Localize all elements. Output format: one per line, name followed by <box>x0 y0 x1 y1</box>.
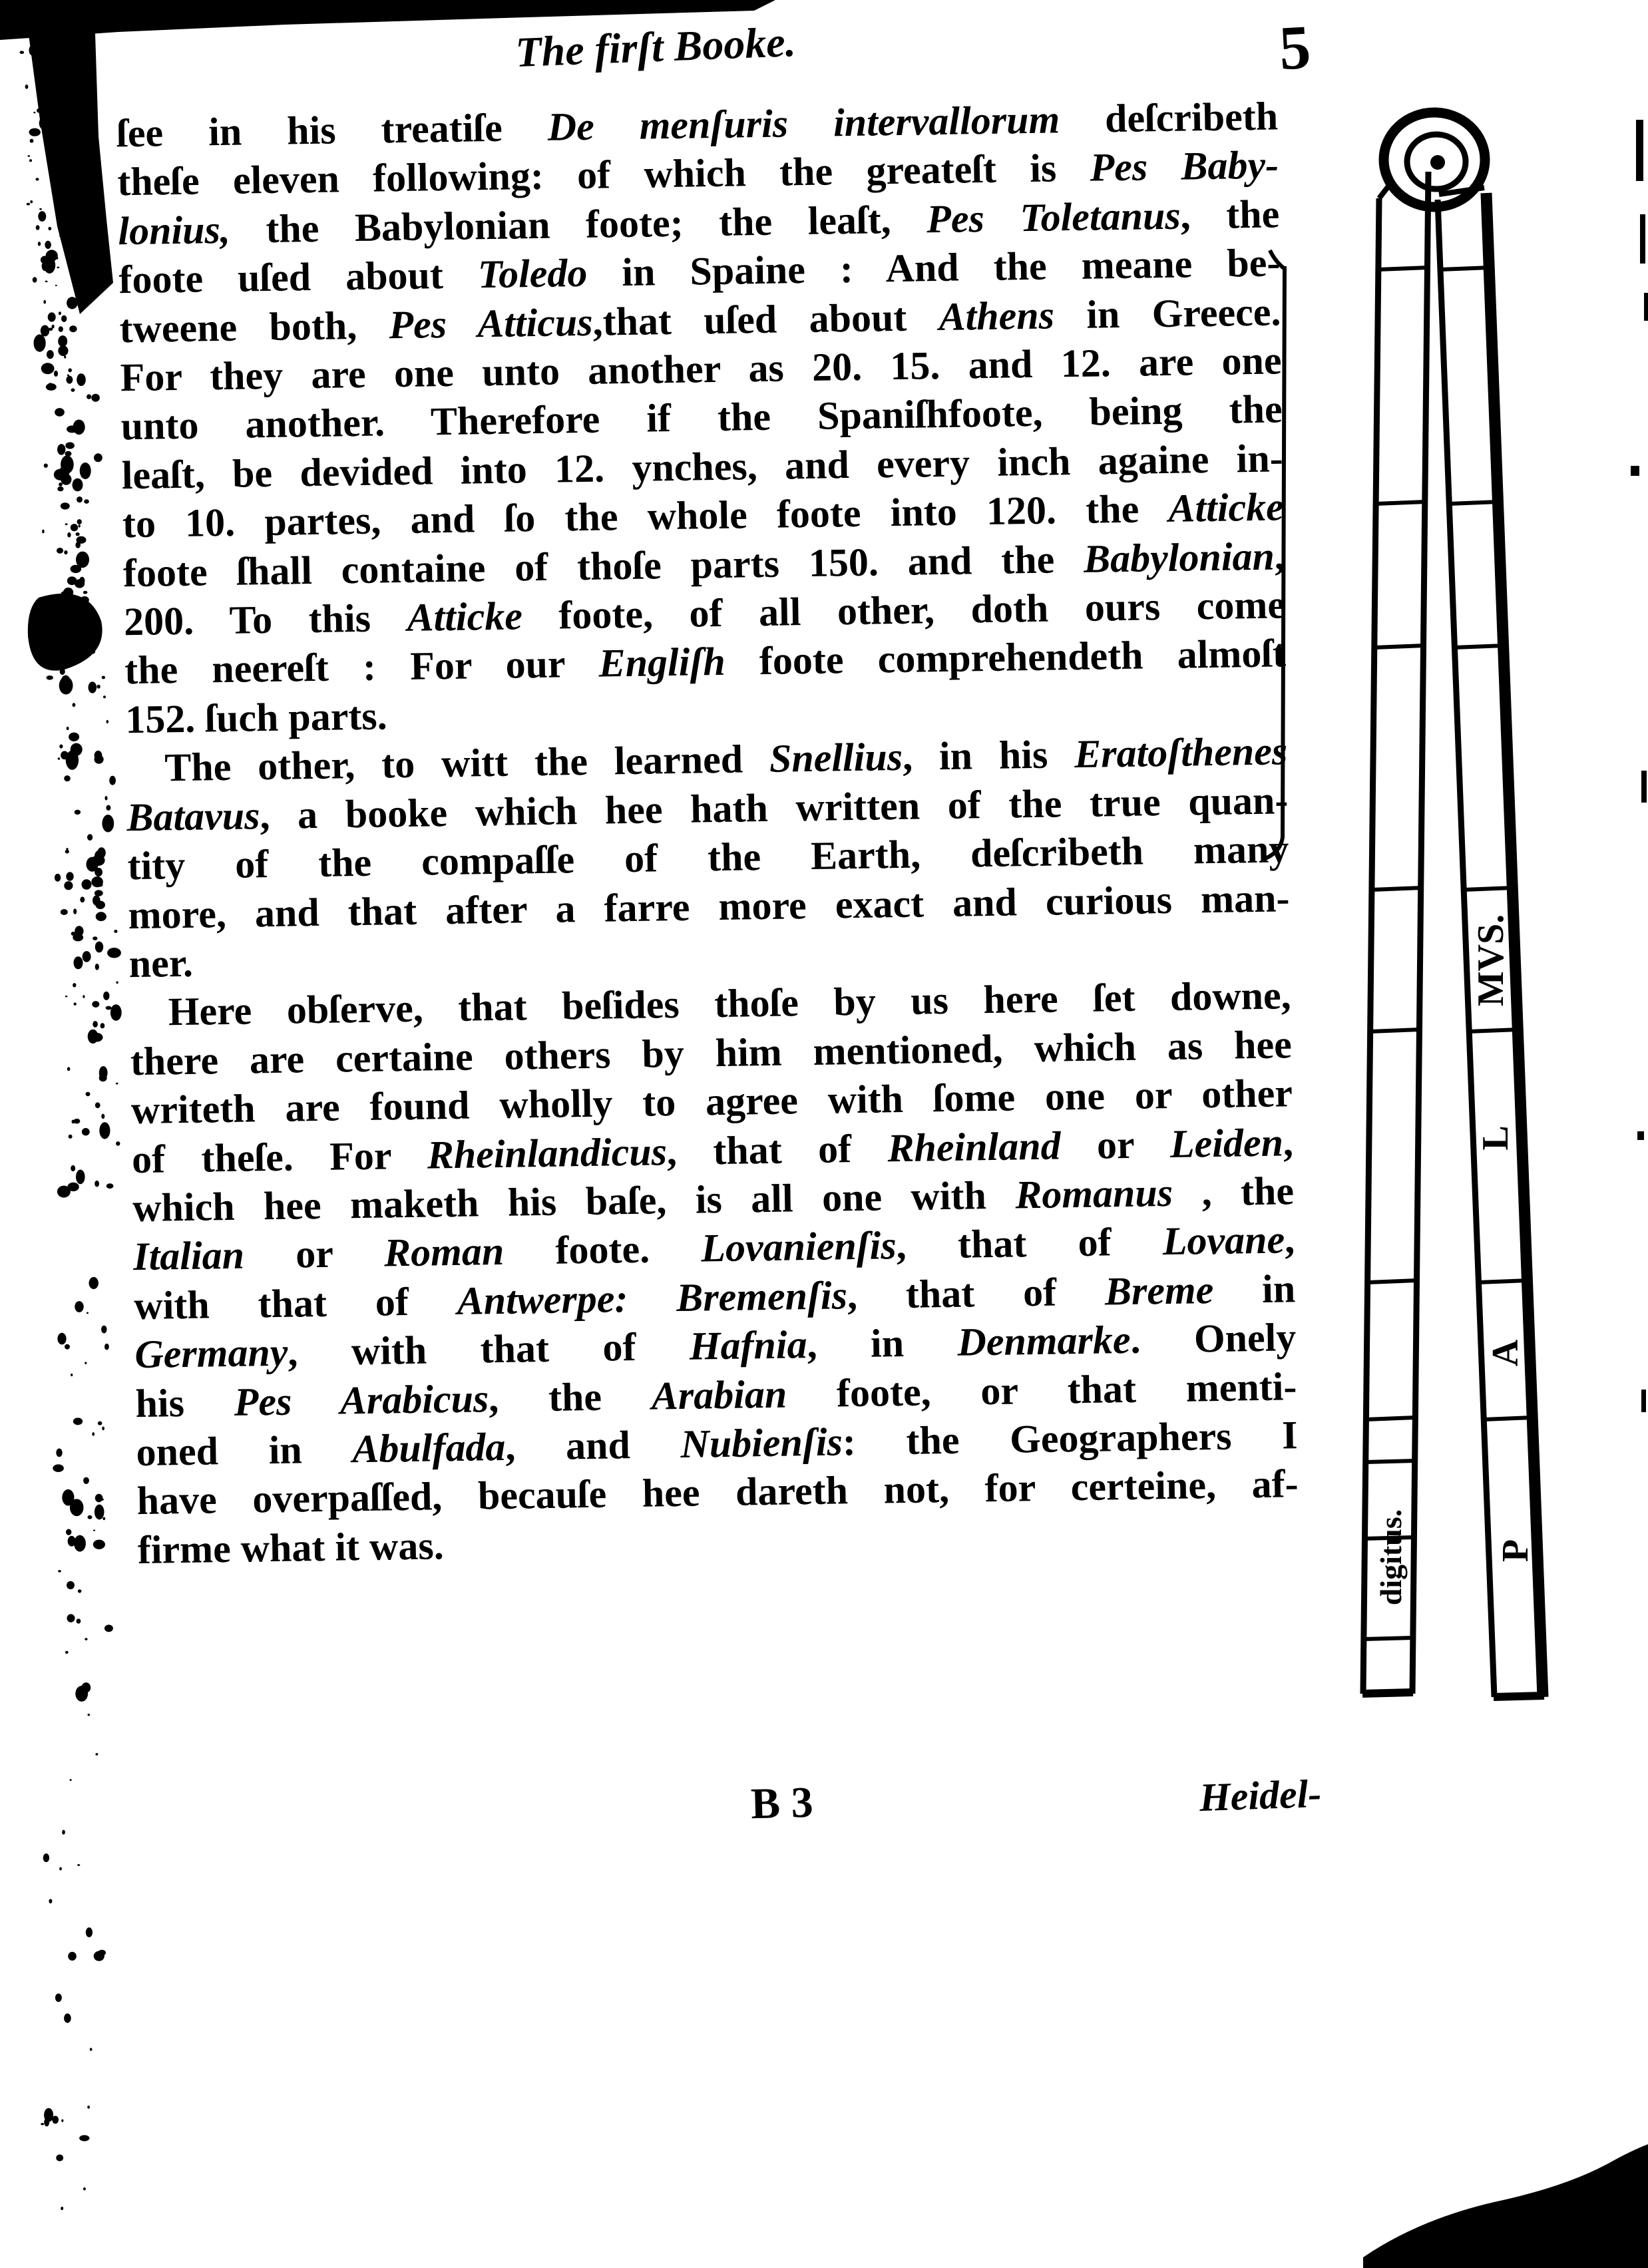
latin-term: De menſuris intervallorum <box>547 97 1060 148</box>
text-segment: deſcribeth <box>1060 94 1279 141</box>
latin-term: Hafnia <box>689 1322 807 1368</box>
text-segment: ,that uſed about <box>592 295 939 344</box>
ruler-label-mvs: MVS. <box>1470 914 1512 1006</box>
text-segment: , that of <box>896 1220 1163 1268</box>
latin-term: Italian <box>133 1233 245 1278</box>
latin-term: Athens <box>938 293 1054 339</box>
ruler-label-digitus: digitus. <box>1374 1509 1408 1605</box>
latin-term: Rheinland <box>887 1123 1061 1170</box>
latin-term: Bremenſis <box>676 1273 848 1320</box>
text-segment: the neereſt : For our <box>124 642 599 693</box>
text-segment: foote, or that menti- <box>787 1364 1297 1416</box>
latin-term: Babylonian <box>1084 534 1275 580</box>
text-segment: ſee in his treatiſe <box>116 105 548 156</box>
text-segment: foote uſed about <box>118 253 478 302</box>
text-segment: the Babylonian foote; the leaſt, <box>230 197 927 252</box>
scan-gutter-blob <box>28 594 103 671</box>
book-page: MVS. L A P digitus. The firſt Booke. 5 ſ… <box>0 0 1648 2268</box>
scan-speckle-band <box>20 39 122 2210</box>
latin-term: Denmarke <box>957 1318 1131 1364</box>
text-segment: , in <box>807 1320 958 1366</box>
latin-term: Antwerpe: <box>457 1276 628 1323</box>
ruler-right-strip <box>1438 188 1544 1697</box>
text-segment: 200. To this <box>124 596 407 644</box>
running-title: The firſt Booke. <box>435 14 876 80</box>
text-segment: , <box>1283 1120 1293 1164</box>
ruler-label-l: L <box>1475 1125 1516 1150</box>
text-segment: , in his <box>903 732 1075 779</box>
text-segment: his <box>135 1380 234 1425</box>
latin-term: Atticke <box>1168 485 1284 531</box>
latin-term: Rheinlandicus <box>427 1129 667 1177</box>
latin-term: Pes Atticus <box>389 299 593 347</box>
text-segment: , the <box>1173 1169 1295 1215</box>
text-segment: , with that of <box>288 1324 690 1374</box>
latin-term: Pes Arabicus <box>234 1376 489 1424</box>
latin-term: Lovanienſis <box>701 1223 897 1270</box>
latin-term: Roman <box>384 1229 505 1275</box>
text-segment: in Greece. <box>1054 289 1281 337</box>
latin-term: Snellius <box>769 735 903 781</box>
text-segment: . Onely <box>1130 1315 1297 1362</box>
page-number: 5 <box>1277 11 1313 85</box>
latin-term: Arabian <box>651 1372 787 1417</box>
text-segment: in Spaine : And the meane be- <box>587 241 1281 295</box>
scan-bottom-right-blob <box>1363 2144 1648 2268</box>
text-segment: foote, of all other, doth ours come <box>522 582 1285 638</box>
latin-term: Leiden <box>1169 1120 1283 1166</box>
text-segment: , <box>1274 534 1285 578</box>
latin-term: Atticke <box>407 594 522 640</box>
body-text: ſee in his treatiſe De menſuris interval… <box>116 92 1299 1575</box>
text-segment: , and <box>505 1422 681 1469</box>
latin-term: Batavus <box>126 793 260 839</box>
latin-term: Lovane <box>1162 1218 1285 1264</box>
text-segment: , the <box>1180 192 1280 237</box>
text-segment: The other, to witt the learned <box>164 737 770 789</box>
text-segment: of theſe. For <box>132 1133 428 1181</box>
latin-term: Engliſh <box>598 640 725 685</box>
latin-term: Abulfada <box>352 1425 506 1471</box>
latin-term: Pes Baby- <box>1090 143 1279 190</box>
text-segment: , <box>1285 1218 1295 1262</box>
text-segment: or <box>1060 1122 1170 1167</box>
text-segment: , that of <box>666 1126 888 1173</box>
scan-gutter-block <box>25 9 113 314</box>
text-segment: oned in <box>136 1427 353 1474</box>
ruler-illustration: MVS. L A P digitus. <box>1362 112 1544 1697</box>
ruler-left-strip <box>1362 172 1428 1694</box>
text-segment: , that of <box>847 1269 1105 1317</box>
latin-term: Eratoſthenes <box>1074 729 1288 777</box>
text-segment: or <box>244 1231 384 1277</box>
latin-term: Germany <box>134 1330 288 1376</box>
text-segment: , the <box>489 1374 652 1420</box>
latin-term: Romanus <box>1015 1171 1173 1217</box>
latin-term: Breme <box>1104 1268 1213 1313</box>
signature-mark: B 3 <box>750 1778 813 1829</box>
latin-term: Toledo <box>477 251 587 296</box>
latin-term: Nubienſis <box>680 1419 843 1466</box>
latin-term: Pes Toletanus <box>927 193 1181 241</box>
text-segment: in <box>1213 1266 1296 1312</box>
ruler-label-p: P <box>1495 1539 1536 1562</box>
text-segment: firme what it was. <box>137 1523 444 1572</box>
ruler-label-a: A <box>1485 1339 1526 1366</box>
text-segment: tweene both, <box>119 303 389 351</box>
text-segment: ner. <box>128 941 193 986</box>
text-segment <box>628 1276 677 1320</box>
ruler-pivot-icon <box>1384 112 1485 207</box>
text-segment: with that of <box>134 1279 457 1328</box>
text-segment: foote comprehendeth almoſt <box>725 632 1286 683</box>
text-segment: foote. <box>504 1227 702 1273</box>
latin-term: lonius, <box>118 208 230 253</box>
text-segment: : the Geographers I <box>842 1413 1298 1463</box>
scan-right-edge-marks <box>1631 120 1648 1412</box>
text-segment: 152. ſuch parts. <box>125 693 387 741</box>
catchword: Heidel- <box>1199 1771 1323 1821</box>
